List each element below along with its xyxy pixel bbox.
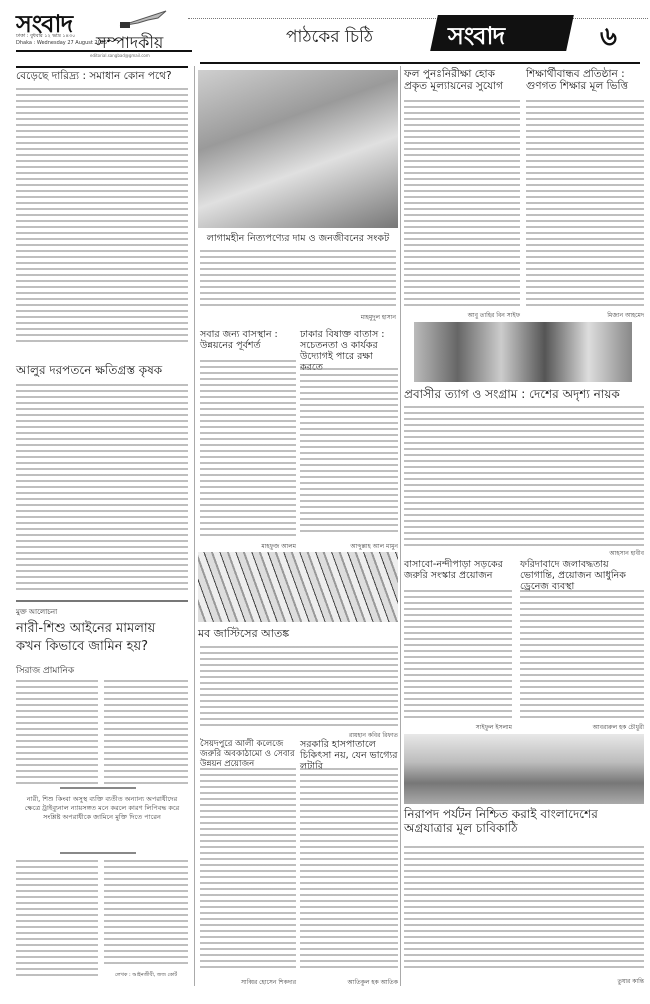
masthead-dotted-line (188, 18, 648, 19)
column-separator-2 (400, 66, 401, 986)
headline-prices[interactable]: লাগামহীন নিত্যপণ্যের দাম ও জনজীবনের সংকট (200, 234, 396, 245)
article-body-tourism (404, 846, 644, 970)
photo-tourism-beach (404, 734, 644, 804)
masthead: সংবাদ ঢাকা : বুধবার ১২ ভাদ্র ১৪৩০ Dhaka … (0, 0, 650, 56)
divider (16, 600, 188, 602)
headline-drainage[interactable]: ফরিদাবাদে জলাবদ্ধতায় ভোগান্তি, প্রয়োজন… (520, 560, 644, 593)
author-open-discussion: সিরাজ প্রামানিক (16, 663, 74, 678)
article-body-education (526, 100, 644, 308)
headline-poverty[interactable]: বেড়েছে দারিদ্র্য : সমাধান কোন পথে? (16, 70, 188, 82)
headline-housing[interactable]: সবার জন্য বাসস্থান : উন্নয়নের পূর্বশর্ত (200, 330, 296, 352)
quill-pen-icon (118, 8, 170, 30)
byline-tourism: তুষার কান্তি (404, 976, 644, 987)
headline-exam[interactable]: ফল পুনঃনিরীক্ষা হোক প্রকৃত মূল্যায়নের স… (404, 68, 520, 92)
headline-migrants[interactable]: প্রবাসীর ত্যাগ ও সংগ্রাম : দেশের অদৃশ্য … (404, 388, 644, 402)
article-body-potato (16, 384, 188, 590)
article-body-hospital (300, 768, 398, 968)
center-title: পাঠকের চিঠি (286, 24, 373, 52)
pullquote-rule-top (60, 787, 136, 789)
headline-road[interactable]: বাসাবো-নন্দীপাড়া সড়কের জরুরি সংস্কার প… (404, 560, 512, 582)
left-top-rule (16, 66, 188, 68)
byline-hospital: আতিকুল হক আতিক (300, 977, 398, 988)
headline-saidpur[interactable]: সৈয়দপুরে আলী কলেজে জরুরি অবকাঠামো ও সেব… (200, 740, 296, 769)
byline-housing: মাহফুজ আলম (200, 541, 296, 552)
pullquote: নারী, শিশু কিংবা অসুস্থ ব্যক্তি ব্যতীত অ… (22, 795, 182, 822)
article-body-drainage (520, 590, 644, 720)
column-separator-1 (194, 66, 195, 986)
article-body-housing (200, 360, 296, 538)
byline-prices: মাহমুদুল হাসান (200, 312, 396, 323)
headline-mob[interactable]: মব জাস্টিসের আতঙ্ক (198, 628, 398, 641)
masthead-logo-right: সংবাদ (448, 18, 504, 58)
headline-open-discussion[interactable]: নারী-শিশু আইনের মামলায় কখন কিভাবে জামিন… (16, 620, 176, 656)
article-body-open-discussion-col3 (16, 860, 98, 980)
byline-education: মিজান আহমেদ (526, 310, 644, 321)
editorial-email[interactable]: editorial.sangbad@gmail.com (90, 53, 150, 58)
pullquote-rule-bottom (60, 852, 136, 854)
page-number: ৬ (600, 16, 617, 60)
article-body-exam (404, 100, 520, 308)
kicker-open-discussion: মুক্ত আলোচনা (16, 606, 57, 618)
article-body-migrants (404, 406, 644, 546)
photo-vegetable-market (198, 70, 398, 228)
headline-tourism[interactable]: নিরাপদ পর্যটন নিশ্চিত করাই বাংলাদেশের অগ… (404, 808, 644, 836)
byline-saidpur: সাব্বির হোসেন শিকদার (200, 977, 296, 988)
article-body-open-discussion-col4 (104, 860, 188, 968)
header-rule (200, 62, 640, 64)
headline-potato[interactable]: আলুর দরপতনে ক্ষতিগ্রস্ত কৃষক (16, 364, 188, 378)
illustration-mob-justice (198, 552, 398, 622)
author-footer: লেখক : আইনজীবী, জজ কোর্ট (104, 972, 188, 980)
article-body-air (300, 368, 398, 536)
headline-education[interactable]: শিক্ষার্থীবান্ধব প্রতিষ্ঠান : গুণগত শিক্… (526, 68, 644, 92)
article-body-open-discussion-col2 (104, 680, 188, 785)
byline-exam: আবু তাহির বিন সাইফ (404, 310, 520, 321)
article-body-mob (200, 646, 398, 726)
byline-migrants: আহসান হাবীব (404, 548, 644, 559)
masthead-underline (16, 50, 192, 52)
photo-migrant-workers (414, 322, 632, 382)
article-body-open-discussion-col1 (16, 680, 98, 785)
date-english: Dhaka : Wednesday 27 August 2025 (16, 40, 107, 46)
article-body-prices (200, 250, 396, 310)
article-body-road (404, 590, 512, 718)
byline-drainage: আবরারুল হক চৌধুরী (520, 722, 644, 733)
article-body-poverty (16, 88, 188, 346)
byline-air: আব্দুল্লাহ আল মামুন (300, 541, 398, 552)
byline-road: সাইফুল ইসলাম (404, 722, 512, 733)
article-body-saidpur (200, 768, 296, 968)
